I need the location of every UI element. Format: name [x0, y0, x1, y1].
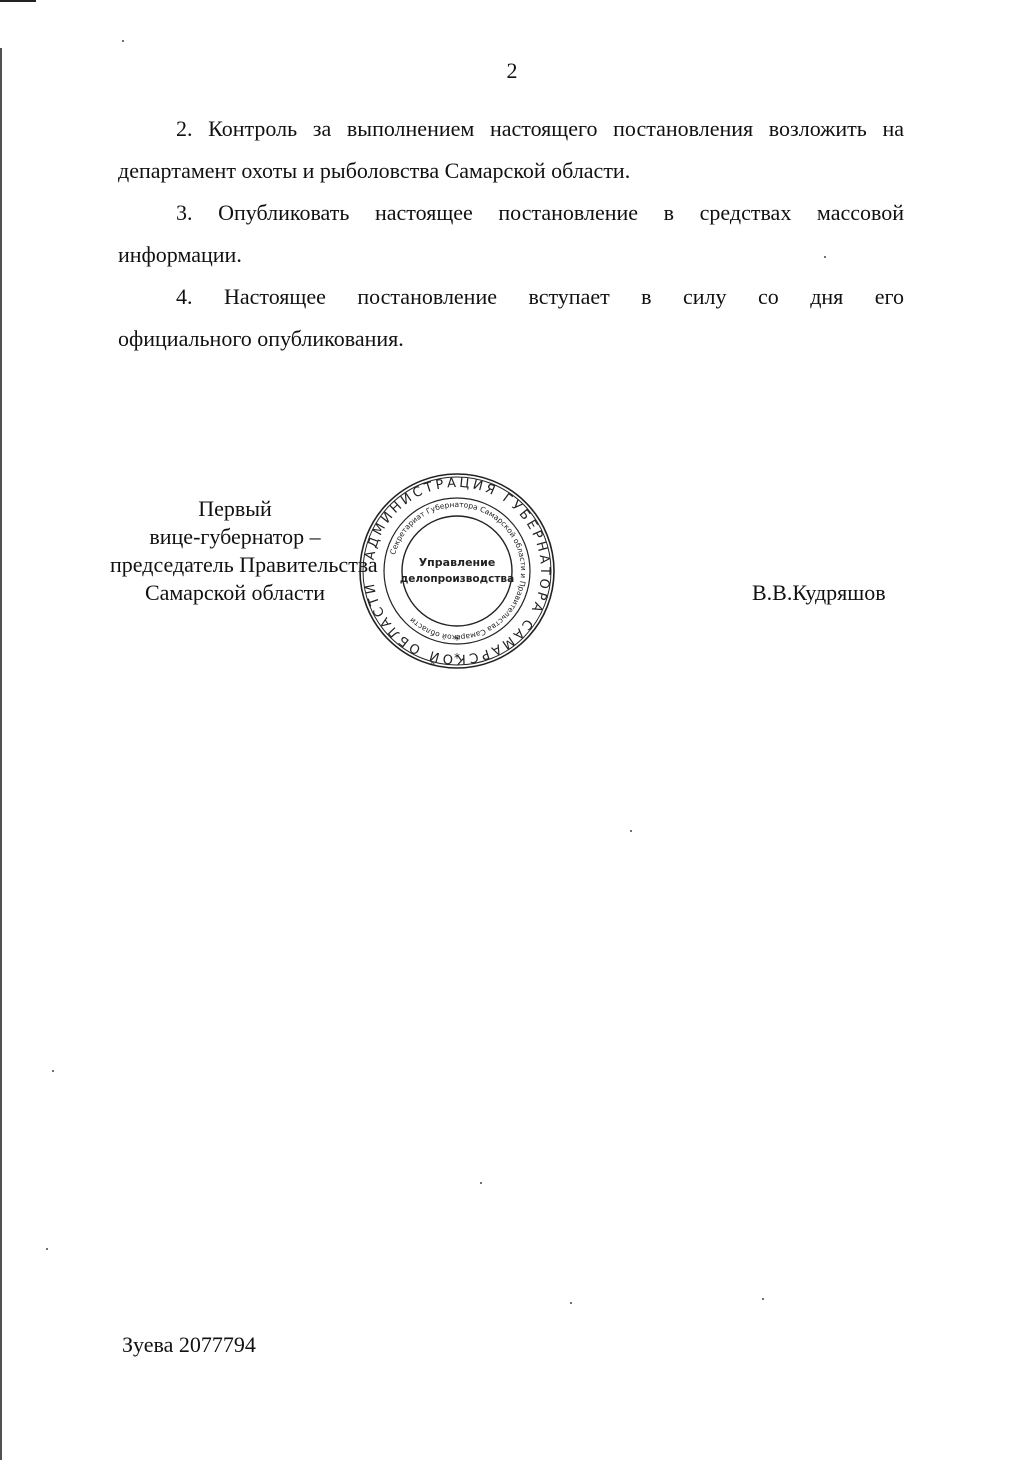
- signatory-title-line: Первый: [110, 495, 360, 523]
- signatory-title-line: председатель Правительства: [110, 551, 360, 579]
- paragraph-3: 3. Опубликовать настоящее постановление …: [118, 192, 904, 276]
- executor-note: Зуева 2077794: [122, 1332, 256, 1358]
- signatory-title: Первый вице-губернатор – председатель Пр…: [110, 495, 360, 607]
- paragraph-2: 2. Контроль за выполнением настоящего по…: [118, 108, 904, 192]
- paragraph-number: 3.: [176, 200, 193, 225]
- page-number: 2: [0, 58, 1024, 84]
- paragraph-text: Опубликовать настоящее постановление в с…: [218, 200, 904, 225]
- scan-speck: [630, 830, 632, 832]
- stamp-star-icon: *: [454, 651, 460, 665]
- paragraph-number: 4.: [176, 284, 193, 309]
- scan-edge-left: [0, 48, 2, 1460]
- scan-speck: [480, 1182, 482, 1184]
- official-stamp: АДМИНИСТРАЦИЯ ГУБЕРНАТОРА САМАРСКОЙ ОБЛА…: [354, 472, 560, 670]
- stamp-center-line2: делопроизводства: [400, 573, 514, 585]
- stamp-seal-icon: АДМИНИСТРАЦИЯ ГУБЕРНАТОРА САМАРСКОЙ ОБЛА…: [354, 472, 560, 670]
- paragraph-first-line: 4. Настоящее постановление вступает в си…: [118, 276, 904, 318]
- stamp-center-line1: Управление: [419, 556, 496, 569]
- paragraph-number: 2.: [176, 116, 193, 141]
- scan-speck: [52, 1070, 54, 1072]
- paragraph-text: Настоящее постановление вступает в силу …: [224, 284, 904, 309]
- signer-name: В.В.Кудряшов: [752, 580, 886, 606]
- stamp-inner-ring-text: Секретариат Губернатора Самарской област…: [388, 500, 528, 642]
- paragraph-text-continued: информации.: [118, 242, 242, 267]
- scan-speck: [46, 1248, 48, 1250]
- scan-speck: [122, 40, 124, 42]
- paragraph-text-continued: официального опубликования.: [118, 326, 404, 351]
- scan-edge-top: [0, 0, 36, 2]
- scan-speck: [824, 256, 826, 258]
- signatory-title-line: вице-губернатор –: [110, 523, 360, 551]
- signatory-title-line: Самарской области: [110, 579, 360, 607]
- stamp-star-icon: *: [454, 633, 460, 647]
- paragraph-4: 4. Настоящее постановление вступает в си…: [118, 276, 904, 360]
- scan-speck: [570, 1302, 572, 1304]
- svg-text:Секретариат Губернатора Самарс: Секретариат Губернатора Самарской област…: [388, 500, 528, 642]
- paragraph-text: Контроль за выполнением настоящего поста…: [208, 116, 867, 141]
- scan-speck: [762, 1298, 764, 1300]
